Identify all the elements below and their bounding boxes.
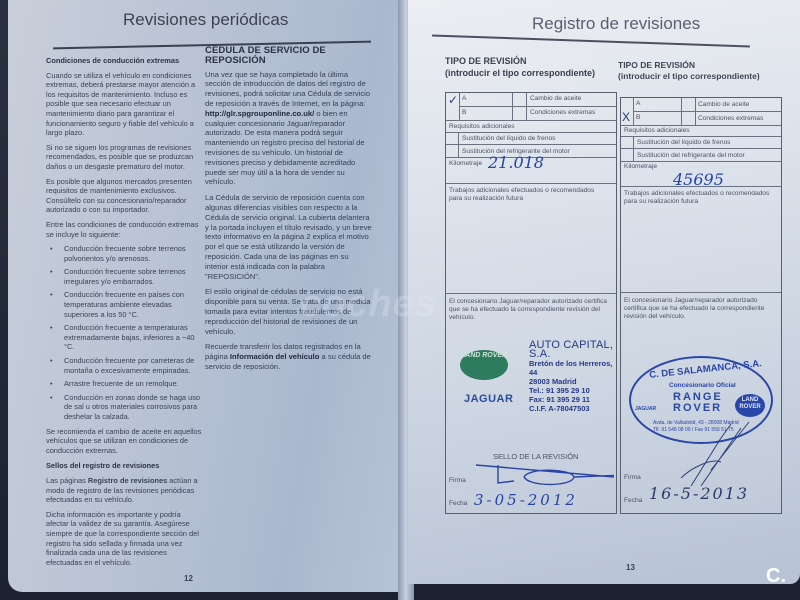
additional-requirements-label: Requisitos adicionales <box>624 127 690 135</box>
jaguar-logo: JAGUAR <box>464 393 513 405</box>
paragraph: Entre las condiciones de conducción extr… <box>46 220 204 239</box>
mileage-value[interactable]: 21.018 <box>488 153 544 172</box>
signature <box>474 461 614 491</box>
list-item: Conducción frecuente en países con tempe… <box>64 290 204 319</box>
page-number: 12 <box>184 574 193 583</box>
page-title: Revisiones periódicas <box>123 10 288 30</box>
date-label: Fecha <box>624 497 642 505</box>
mileage-label: Kilometraje <box>624 163 657 171</box>
website-link[interactable]: http://glr.spgrouponline.co.uk/ <box>205 109 314 118</box>
extra-work-label: Trabajos adicionales efectuados o recome… <box>449 187 609 203</box>
watermark: coches <box>300 283 437 326</box>
section-heading: Sellos del registro de revisiones <box>46 461 204 471</box>
paragraph: Cuando se utiliza el vehículo en condici… <box>46 71 204 138</box>
paragraph: La Cédula de servicio de reposición cuen… <box>205 193 373 281</box>
revision-type-grid: X A B Cambio de aceite Condiciones extre… <box>621 98 781 126</box>
list-item: Conducción en zonas donde se haga uso de… <box>64 393 204 422</box>
option-b-label: B <box>462 109 466 116</box>
list-item: Conducción frecuente a temperaturas extr… <box>64 323 204 352</box>
mileage-label: Kilometraje <box>449 160 482 168</box>
date-value[interactable]: 3-05-2012 <box>474 491 578 509</box>
revision-type-grid: ✓ A B Cambio de aceite Condiciones extre… <box>446 93 616 121</box>
extreme-conditions-label: Condiciones extremas <box>530 109 595 116</box>
service-form: X A B Cambio de aceite Condiciones extre… <box>620 97 782 514</box>
type-a-checkbox[interactable]: ✓ <box>448 93 458 107</box>
date-label: Fecha <box>449 500 467 508</box>
paragraph: Es posible que algunos mercados presente… <box>46 177 204 215</box>
land-rover-logo: LAND ROVER <box>735 394 765 417</box>
list-item: Arrastre frecuente de un remolque. <box>64 379 204 389</box>
section-heading: Condiciones de conducción extremas <box>46 56 204 66</box>
option-a-label: A <box>636 100 640 107</box>
right-page: Registro de revisiones TIPO DE REVISIÓN … <box>408 0 800 584</box>
section-heading: CÉDULA DE SERVICIO DE REPOSICIÓN <box>205 46 373 66</box>
oil-change-label: Cambio de aceite <box>530 95 581 102</box>
jaguar-logo: JAGUAR <box>635 406 656 412</box>
stamp-label: SELLO DE LA REVISIÓN <box>493 453 578 461</box>
paragraph: Si no se siguen los programas de revisio… <box>46 143 204 172</box>
paragraph: Una vez que se haya completado la última… <box>205 70 373 188</box>
dealer-stamp-1: AUTO CAPITAL, S.A. Bretón de los Herrero… <box>529 341 616 413</box>
extra-work-label: Trabajos adicionales efectuados o recome… <box>624 190 774 206</box>
certify-text: El concesionario Jaguar/reparador autori… <box>449 298 609 322</box>
coolant-label: Sustitución del refrigerante del motor <box>637 152 745 160</box>
page-title: Registro de revisiones <box>532 14 700 34</box>
oil-change-label: Cambio de aceite <box>698 101 749 108</box>
signature-label: Firma <box>449 477 466 485</box>
paragraph: Recuerde transferir los datos registrado… <box>205 342 373 371</box>
signature <box>661 418 761 488</box>
option-b-label: B <box>636 114 640 121</box>
service-form: ✓ A B Cambio de aceite Condiciones extre… <box>445 92 617 514</box>
land-rover-logo: LAND ROVER <box>460 350 508 380</box>
option-a-label: A <box>462 95 466 102</box>
replacement-card-section: CÉDULA DE SERVICIO DE REPOSICIÓN Una vez… <box>205 46 373 378</box>
site-logo: C. <box>766 565 786 588</box>
signature-label: Firma <box>624 474 641 482</box>
extreme-conditions-label: Condiciones extremas <box>698 115 763 122</box>
conditions-list: Conducción frecuente sobre terrenos polv… <box>46 244 204 422</box>
paragraph: Se recomienda el cambio de aceite en aqu… <box>46 427 204 456</box>
additional-requirements-label: Requisitos adicionales <box>449 123 515 131</box>
form-heading: TIPO DE REVISIÓN (introducir el tipo cor… <box>618 60 760 82</box>
extreme-conditions-section: Condiciones de conducción extremas Cuand… <box>46 56 204 572</box>
brake-fluid-label: Sustitución del líquido de frenos <box>637 139 730 147</box>
paragraph: Dicha información es importante y podría… <box>46 510 204 568</box>
title-divider <box>432 34 750 47</box>
list-item: Conducción frecuente por carreteras de m… <box>64 356 204 375</box>
form-heading: TIPO DE REVISIÓN (introducir el tipo cor… <box>445 55 595 79</box>
list-item: Conducción frecuente sobre terrenos polv… <box>64 244 204 263</box>
paragraph: Las páginas Registro de revisiones actúa… <box>46 476 204 505</box>
brake-fluid-label: Sustitución del líquido de frenos <box>462 135 555 143</box>
page-number: 13 <box>626 563 635 572</box>
list-item: Conducción frecuente sobre terrenos irre… <box>64 267 204 286</box>
date-value[interactable]: 16-5-2013 <box>649 484 749 503</box>
certify-text: El concesionario Jaguar/reparador autori… <box>624 297 774 321</box>
type-b-checkbox[interactable]: X <box>622 110 630 124</box>
